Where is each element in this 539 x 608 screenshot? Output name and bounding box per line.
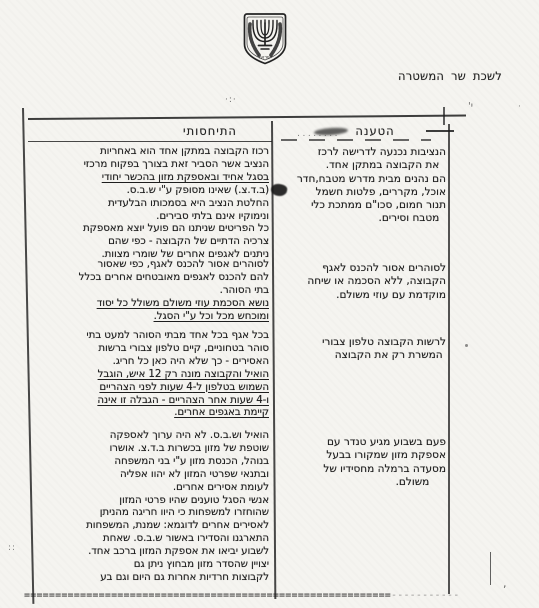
stray-dots-bottom-left: ::	[8, 543, 16, 553]
header-underline-right	[281, 139, 431, 141]
table-top-border	[28, 115, 466, 120]
stray-dot-middle-right	[465, 344, 468, 347]
response-1-text: רכוז הקבוצה במתקן אחד הוא באחריות הנציב …	[84, 145, 269, 170]
corner-hook-mark-vertical	[443, 107, 445, 125]
response-2-text: לסוהרים אסור להכנס לאגף, כפי שאסור להם ל…	[79, 258, 269, 296]
claim-cell-4: פעם בשבוע מגיע טנדר עם אספקת מזון שמקורו…	[277, 436, 446, 489]
column-header-claim: הטענה	[340, 124, 410, 138]
separator-main: ========================================…	[24, 590, 391, 601]
stray-line-bottom-right	[490, 552, 491, 585]
response-cell-3: בכל אגף בכל אחד מבתי הסוהר למעט בתי סוהר…	[33, 329, 269, 419]
claim-cell-2: לסוהרים אסור להכנס לאגף הקבוצה, ללא הסכמ…	[277, 262, 446, 302]
claim-cell-3: לרשות הקבוצה טלפון צבורי המשרת רק את הקב…	[277, 336, 446, 363]
response-4-text: הואיל וש.ב.ס. לא היה ערוך לאספקה שוטפת ש…	[86, 429, 269, 583]
response-3-underlined: הואיל והקבוצה מונה רק 12 איש, הוגבל השמו…	[97, 368, 269, 419]
corner-hook-mark	[426, 130, 454, 132]
column-header-response: התיחסותי	[150, 124, 270, 138]
israel-state-emblem-icon: ישראל	[238, 10, 292, 68]
scanned-document-page: ישראל לשכת שר המשטרה התיחסותי הטענה ....…	[0, 0, 539, 608]
stray-mark-right-1: י'	[468, 101, 473, 112]
office-title: לשכת שר המשטרה	[350, 69, 502, 83]
header-underline-left	[28, 141, 272, 142]
table-right-border	[448, 124, 450, 594]
stray-comma-bottom-right: ,	[503, 577, 507, 590]
emblem-caption: ישראל	[258, 55, 272, 61]
response-2-underlined: נושא הסכמת עוזי משולם משולל כל יסוד ומוכ…	[97, 297, 269, 322]
response-1-text-cont: (ב.ד.צ.) שאינו מסופק ע"י ש.ב.ס. החלטת הנ…	[83, 184, 269, 261]
response-cell-1: רכוז הקבוצה במתקן אחד הוא באחריות הנציב …	[33, 145, 269, 261]
response-cell-2: לסוהרים אסור להכנס לאגף, כפי שאסור להם ל…	[33, 258, 269, 323]
response-1-underlined: בסגל אחיד ובאספקת מזון בהכשר יחודי	[102, 171, 269, 183]
claim-cell-1: הנציבות נכנעה לדרישה לרכז את הקבוצה במתק…	[277, 146, 446, 226]
bottom-separator: ========================================…	[24, 590, 464, 601]
separator-tail: -----------	[391, 590, 459, 601]
response-cell-4: הואיל וש.ב.ס. לא היה ערוך לאספקה שוטפת ש…	[33, 429, 269, 584]
response-3-text: בכל אגף בכל אחד מבתי הסוהר למעט בתי סוהר…	[86, 329, 269, 367]
stray-marks-top: ·:·	[225, 95, 237, 105]
stray-mark-right-2: ·	[518, 102, 521, 112]
